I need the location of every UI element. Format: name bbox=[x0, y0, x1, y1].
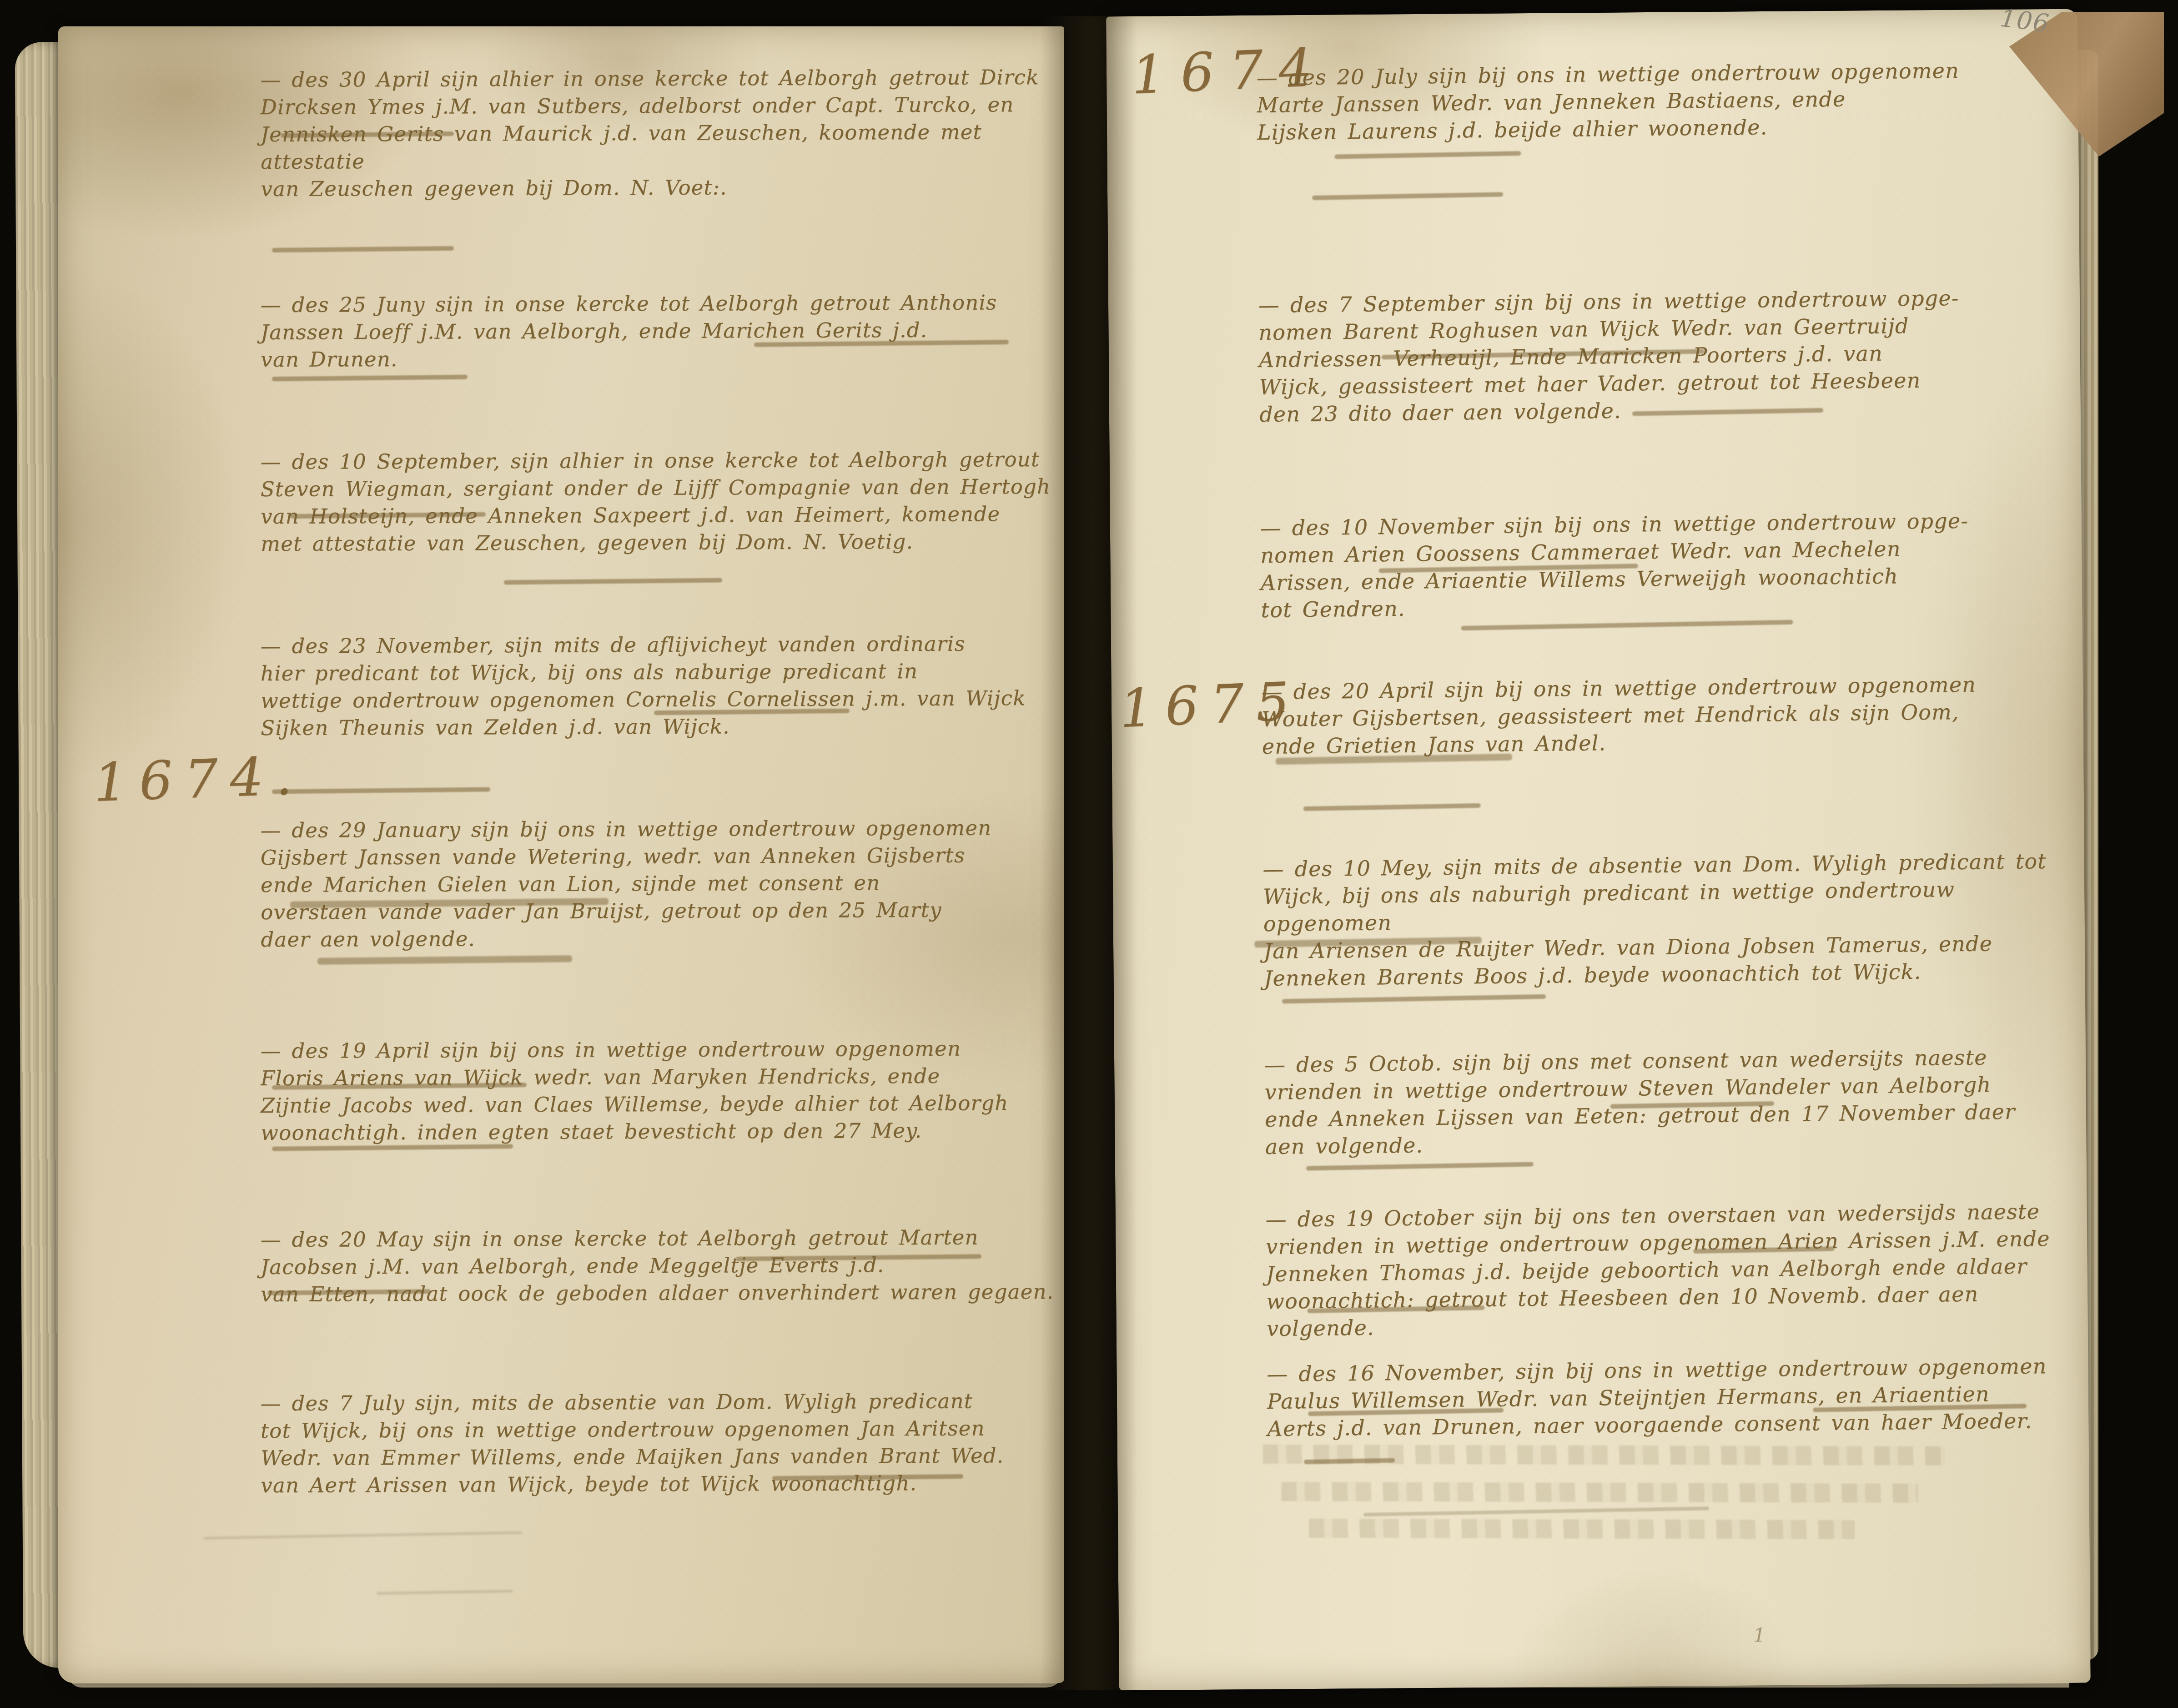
pencil-scribble bbox=[377, 1590, 513, 1594]
ink-bleedthrough bbox=[1281, 1482, 1918, 1503]
footer-mark: 1 bbox=[1753, 1624, 1766, 1646]
pencil-scribble bbox=[204, 1532, 522, 1539]
register-entry: — des 16 November, sijn bij ons in wetti… bbox=[1267, 1352, 2070, 1442]
register-entry: — des 10 Mey, sijn mits de absentie van … bbox=[1263, 847, 2067, 992]
ink-underline bbox=[1312, 192, 1503, 200]
ink-underline bbox=[1306, 1162, 1534, 1170]
ink-underline bbox=[1334, 151, 1521, 159]
book-photo: 1674. — des 30 April sijn alhier in onse… bbox=[0, 0, 2178, 1708]
register-entry: — des 20 April sijn bij ons in wettige o… bbox=[1261, 670, 2065, 760]
left-page: 1674. — des 30 April sijn alhier in onse… bbox=[58, 26, 1064, 1683]
ink-underline bbox=[272, 246, 454, 252]
ink-bleedthrough bbox=[1309, 1519, 1855, 1539]
register-entry: — des 23 November, sijn mits de aflijvic… bbox=[261, 630, 1055, 742]
register-entry: — des 20 May sijn in onse kercke tot Ael… bbox=[261, 1224, 1055, 1308]
ink-underline bbox=[272, 787, 490, 794]
ink-underline bbox=[317, 955, 572, 965]
ink-underline bbox=[504, 578, 722, 584]
folio-number: 106 bbox=[1999, 4, 2052, 38]
ink-underline bbox=[272, 375, 468, 382]
register-entry: — des 29 January sijn bij ons in wettige… bbox=[260, 814, 1054, 953]
register-entry: — des 5 Octob. sijn bij ons met consent … bbox=[1264, 1043, 2068, 1160]
register-entry: — des 25 Juny sijn in onse kercke tot Ae… bbox=[261, 289, 1055, 373]
ink-underline bbox=[1461, 620, 1793, 630]
ink-underline bbox=[1282, 994, 1546, 1004]
register-entry: — des 19 April sijn bij ons in wettige o… bbox=[261, 1035, 1055, 1147]
register-entry: — des 19 October sijn bij ons ten overst… bbox=[1265, 1198, 2069, 1342]
register-entry: — des 10 September, sijn alhier in onse … bbox=[261, 446, 1055, 558]
binding-gutter-shadow bbox=[1041, 16, 1137, 1690]
right-page: 1674 1675 — des 20 July sijn bij ons in … bbox=[1106, 9, 2091, 1691]
register-entry: — des 20 July sijn bij ons in wettige on… bbox=[1257, 56, 2060, 146]
register-entry: — des 7 September sijn bij ons in wettig… bbox=[1258, 283, 2062, 428]
ink-bleedthrough bbox=[1263, 1445, 1945, 1466]
year-marker-1674-left: 1674. bbox=[93, 745, 305, 814]
register-entry: — des 7 July sijn, mits de absentie van … bbox=[261, 1387, 1055, 1499]
ink-bleedthrough-underline bbox=[1363, 1506, 1709, 1517]
ink-underline bbox=[1303, 803, 1481, 811]
register-entry: — des 10 November sijn bij ons in wettig… bbox=[1260, 506, 2063, 624]
